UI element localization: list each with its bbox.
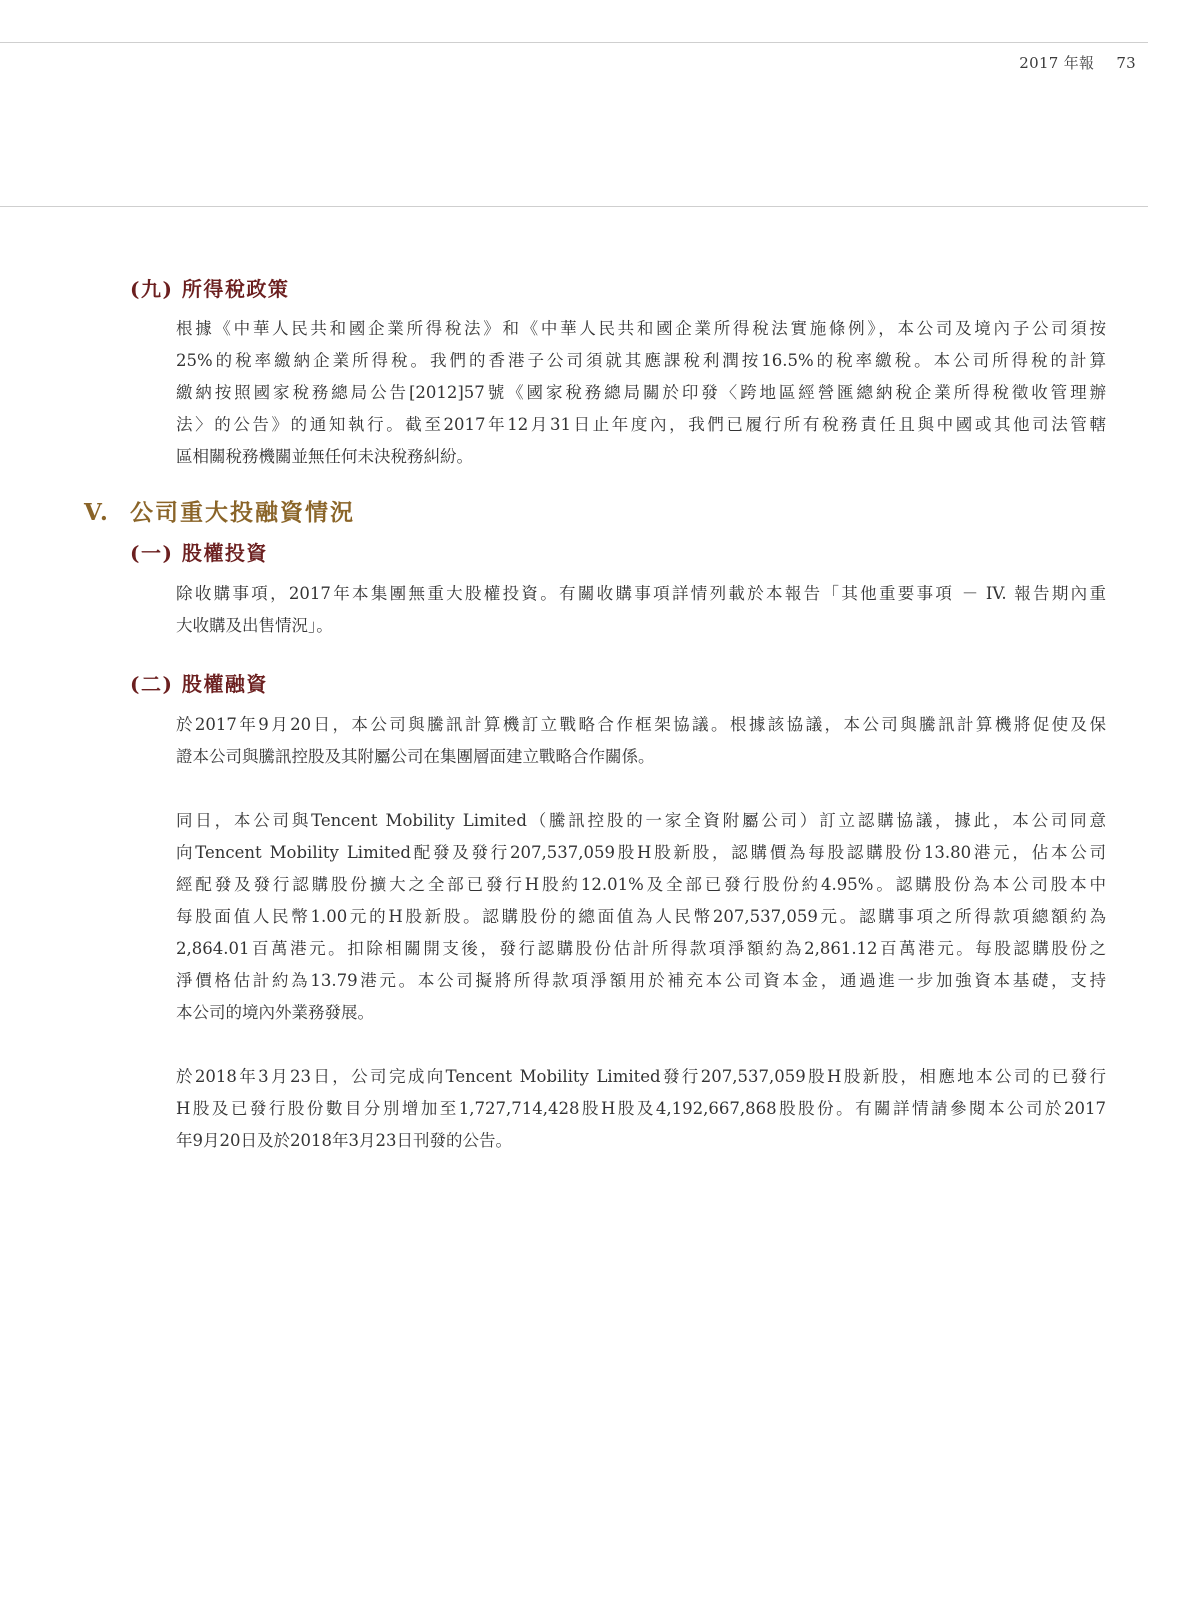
equity-financing-paragraph-1: 於2017年9月20日，本公司與騰訊計算機訂立戰略合作框架協議。根據該協議，本公… (176, 709, 1106, 773)
text-line: 經配發及發行認購股份擴大之全部已發行H股約12.01%及全部已發行股份約4.95… (176, 869, 1106, 901)
text-line: 大收購及出售情況」。 (176, 610, 1106, 642)
text-line: 法〉的公告》的通知執行。截至2017年12月31日止年度內，我們已履行所有稅務責… (176, 409, 1106, 441)
income-tax-paragraph: 根據《中華人民共和國企業所得稅法》和《中華人民共和國企業所得稅法實施條例》，本公… (176, 313, 1106, 473)
text-line: 證本公司與騰訊控股及其附屬公司在集團層面建立戰略合作關係。 (176, 741, 1106, 773)
page-number: 73 (1116, 54, 1136, 72)
section-title-major-investment: V.公司重大投融資情況 (84, 494, 355, 527)
text-line: 於2018年3月23日，公司完成向Tencent Mobility Limite… (176, 1061, 1106, 1093)
running-header: 2017 年報73 (1019, 52, 1136, 73)
equity-financing-paragraph-3: 於2018年3月23日，公司完成向Tencent Mobility Limite… (176, 1061, 1106, 1157)
text-line: 根據《中華人民共和國企業所得稅法》和《中華人民共和國企業所得稅法實施條例》，本公… (176, 313, 1106, 345)
text-line: 同日，本公司與Tencent Mobility Limited（騰訊控股的一家全… (176, 805, 1106, 837)
section-number: V. (84, 499, 130, 526)
text-line: 於2017年9月20日，本公司與騰訊計算機訂立戰略合作框架協議。根據該協議，本公… (176, 709, 1106, 741)
text-line: 向Tencent Mobility Limited配發及發行207,537,05… (176, 837, 1106, 869)
text-line: 每股面值人民幣1.00元的H股新股。認購股份的總面值為人民幣207,537,05… (176, 901, 1106, 933)
equity-investment-paragraph: 除收購事項，2017年本集團無重大股權投資。有關收購事項詳情列載於本報告「其他重… (176, 578, 1106, 642)
section-title-text: 公司重大投融資情況 (130, 499, 355, 526)
text-line: 年9月20日及於2018年3月23日刊發的公告。 (176, 1125, 1106, 1157)
text-line: 本公司的境內外業務發展。 (176, 997, 1106, 1029)
text-line: 2,864.01百萬港元。扣除相關開支後，發行認購股份估計所得款項淨額約為2,8… (176, 933, 1106, 965)
subsection-title-income-tax: (九) 所得稅政策 (130, 273, 289, 302)
text-line: 25%的稅率繳納企業所得稅。我們的香港子公司須就其應課稅利潤按16.5%的稅率繳… (176, 345, 1106, 377)
text-line: 繳納按照國家稅務總局公告[2012]57號《國家稅務總局關於印發〈跨地區經營匯總… (176, 377, 1106, 409)
text-line: 區相關稅務機關並無任何未決稅務糾紛。 (176, 441, 1106, 473)
section-divider-rule (0, 206, 1148, 207)
text-line: H股及已發行股份數目分別增加至1,727,714,428股H股及4,192,66… (176, 1093, 1106, 1125)
header-rule (0, 42, 1148, 43)
subsection-title-equity-financing: (二) 股權融資 (130, 668, 268, 697)
text-line: 除收購事項，2017年本集團無重大股權投資。有關收購事項詳情列載於本報告「其他重… (176, 578, 1106, 610)
text-line: 淨價格估計約為13.79港元。本公司擬將所得款項淨額用於補充本公司資本金，通過進… (176, 965, 1106, 997)
report-label: 2017 年報 (1019, 54, 1094, 72)
subsection-title-equity-investment: (一) 股權投資 (130, 537, 268, 566)
equity-financing-paragraph-2: 同日，本公司與Tencent Mobility Limited（騰訊控股的一家全… (176, 805, 1106, 1029)
